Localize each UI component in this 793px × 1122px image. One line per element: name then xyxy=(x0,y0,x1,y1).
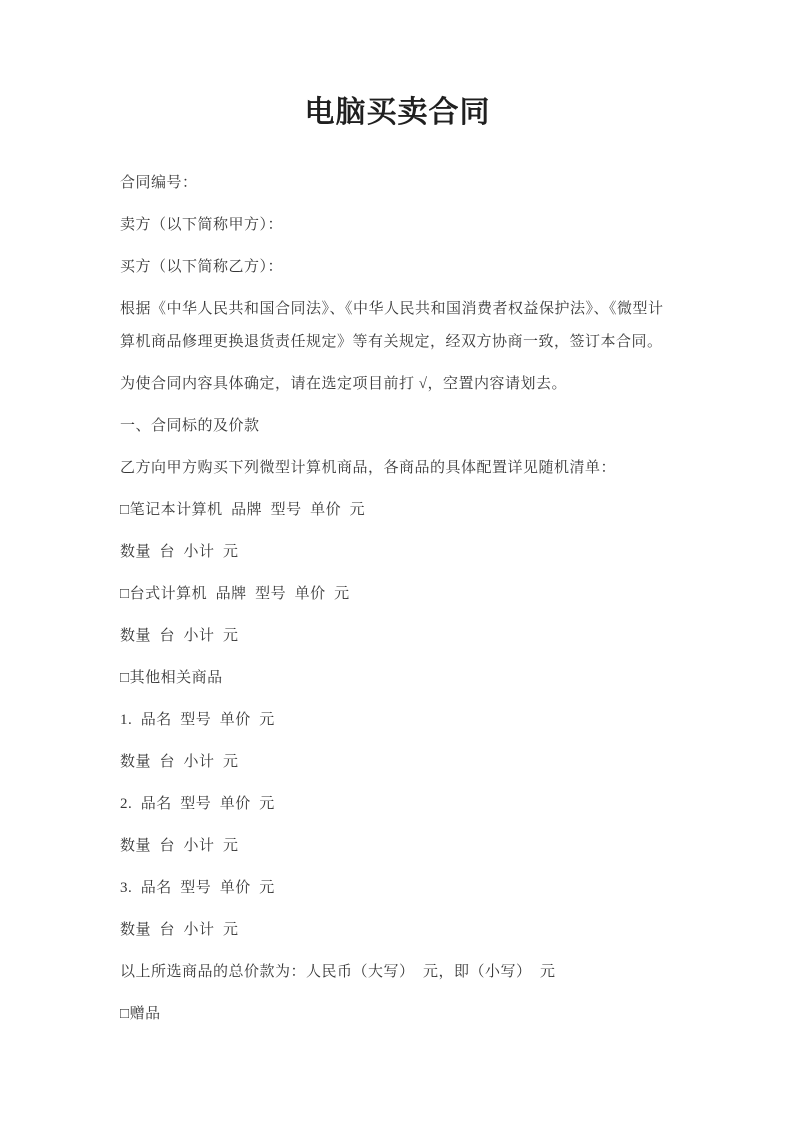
contract-number-line: 合同编号： xyxy=(120,167,675,200)
other-items-line: □其他相关商品 xyxy=(120,662,675,695)
item-2-quantity-line: 数量 台 小计 元 xyxy=(120,830,675,863)
item-1-line: 1. 品名 型号 单价 元 xyxy=(120,704,675,737)
item-3-line: 3. 品名 型号 单价 元 xyxy=(120,872,675,905)
laptop-item-line: □笔记本计算机 品牌 型号 单价 元 xyxy=(120,494,675,527)
laptop-item-label: 笔记本计算机 品牌 型号 单价 元 xyxy=(130,502,366,518)
desktop-item-line: □台式计算机 品牌 型号 单价 元 xyxy=(120,578,675,611)
checkbox-icon: □ xyxy=(120,502,130,518)
purchase-intro-line: 乙方向甲方购买下列微型计算机商品，各商品的具体配置详见随机清单： xyxy=(120,452,675,485)
desktop-item-label: 台式计算机 品牌 型号 单价 元 xyxy=(130,586,350,602)
checkbox-icon: □ xyxy=(120,586,130,602)
gift-item-line: □赠品 xyxy=(120,998,675,1031)
contract-document-page: 电脑买卖合同 合同编号： 卖方（以下简称甲方）： 买方（以下简称乙方）： 根据《… xyxy=(0,0,793,1122)
item-3-quantity-line: 数量 台 小计 元 xyxy=(120,914,675,947)
checkbox-icon: □ xyxy=(120,1006,130,1022)
legal-basis-paragraph: 根据《中华人民共和国合同法》、《中华人民共和国消费者权益保护法》、《微型计 算机… xyxy=(120,293,675,359)
total-price-line: 以上所选商品的总价款为：人民币（大写） 元，即（小写） 元 xyxy=(120,956,675,989)
checkbox-icon: □ xyxy=(120,670,130,686)
seller-line: 卖方（以下简称甲方）： xyxy=(120,209,675,242)
gift-item-label: 赠品 xyxy=(130,1006,161,1022)
laptop-quantity-line: 数量 台 小计 元 xyxy=(120,536,675,569)
document-title: 电脑买卖合同 xyxy=(120,90,675,135)
desktop-quantity-line: 数量 台 小计 元 xyxy=(120,620,675,653)
item-1-quantity-line: 数量 台 小计 元 xyxy=(120,746,675,779)
other-items-label: 其他相关商品 xyxy=(130,670,223,686)
item-2-line: 2. 品名 型号 单价 元 xyxy=(120,788,675,821)
section-1-heading: 一、合同标的及价款 xyxy=(120,410,675,443)
buyer-line: 买方（以下简称乙方）： xyxy=(120,251,675,284)
instruction-line: 为使合同内容具体确定，请在选定项目前打 √，空置内容请划去。 xyxy=(120,368,675,401)
